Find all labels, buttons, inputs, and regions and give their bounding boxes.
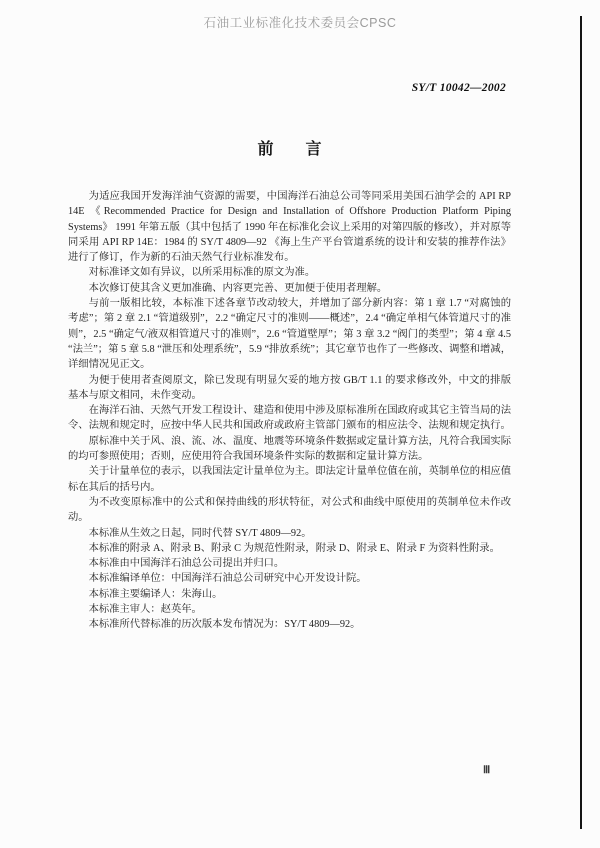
- document-page: 石油工业标准化技术委员会CPSC SY/T 10042—2002 前 言 为适应…: [0, 0, 600, 848]
- right-border-rule: [580, 16, 582, 829]
- foreword-title: 前 言: [68, 136, 511, 159]
- paragraph-environmental-data: 原标准中关于风、浪、流、冰、温度、地震等环境条件数据或定量计算方法，凡符合我国实…: [68, 434, 511, 465]
- paragraph-scope: 为适应我国开发海洋油气资源的需要，中国海洋石油总公司等同采用美国石油学会的 AP…: [68, 189, 511, 265]
- paragraph-layout-note: 为便于使用者查阅原文，除已发现有明显欠妥的地方按 GB/T 1.1 的要求修改外…: [68, 373, 511, 404]
- paragraph-reviewer: 本标准主审人：赵英年。: [68, 602, 511, 617]
- paragraph-appendices: 本标准的附录 A、附录 B、附录 C 为规范性附录，附录 D、附录 E、附录 F…: [68, 541, 511, 556]
- paragraph-legal-compliance: 在海洋石油、天然气开发工程设计、建造和使用中涉及原标准所在国政府或其它主管当局的…: [68, 403, 511, 434]
- paragraph-revision-purpose: 本次修订使其含义更加准确、内容更完善、更加便于使用者理解。: [68, 281, 511, 296]
- paragraph-units: 关于计量单位的表示，以我国法定计量单位为主。即法定计量单位值在前，英制单位的相应…: [68, 464, 511, 495]
- paragraph-translation-unit: 本标准编译单位：中国海洋石油总公司研究中心开发设计院。: [68, 571, 511, 586]
- paragraph-replacement: 本标准从生效之日起，同时代替 SY/T 4809—92。: [68, 526, 511, 541]
- standard-number: SY/T 10042—2002: [412, 82, 506, 94]
- page-number: Ⅲ: [483, 764, 490, 776]
- paragraph-translation-disclaimer: 对标准译文如有异议，以所采用标准的原文为准。: [68, 265, 511, 280]
- paragraph-proposing-body: 本标准由中国海洋石油总公司提出并归口。: [68, 556, 511, 571]
- paragraph-translator: 本标准主要编译人：朱海山。: [68, 587, 511, 602]
- paragraph-imperial-units: 为不改变原标准中的公式和保持曲线的形状特征，对公式和曲线中原使用的英制单位未作改…: [68, 495, 511, 526]
- paragraph-chapter-changes: 与前一版相比较，本标准下述各章节改动较大，并增加了部分新内容：第 1 章 1.7…: [68, 296, 511, 372]
- foreword-body: 为适应我国开发海洋油气资源的需要，中国海洋石油总公司等同采用美国石油学会的 AP…: [68, 189, 511, 633]
- paragraph-previous-editions: 本标准所代替标准的历次版本发布情况为：SY/T 4809—92。: [68, 617, 511, 632]
- committee-header: 石油工业标准化技术委员会CPSC: [0, 13, 600, 31]
